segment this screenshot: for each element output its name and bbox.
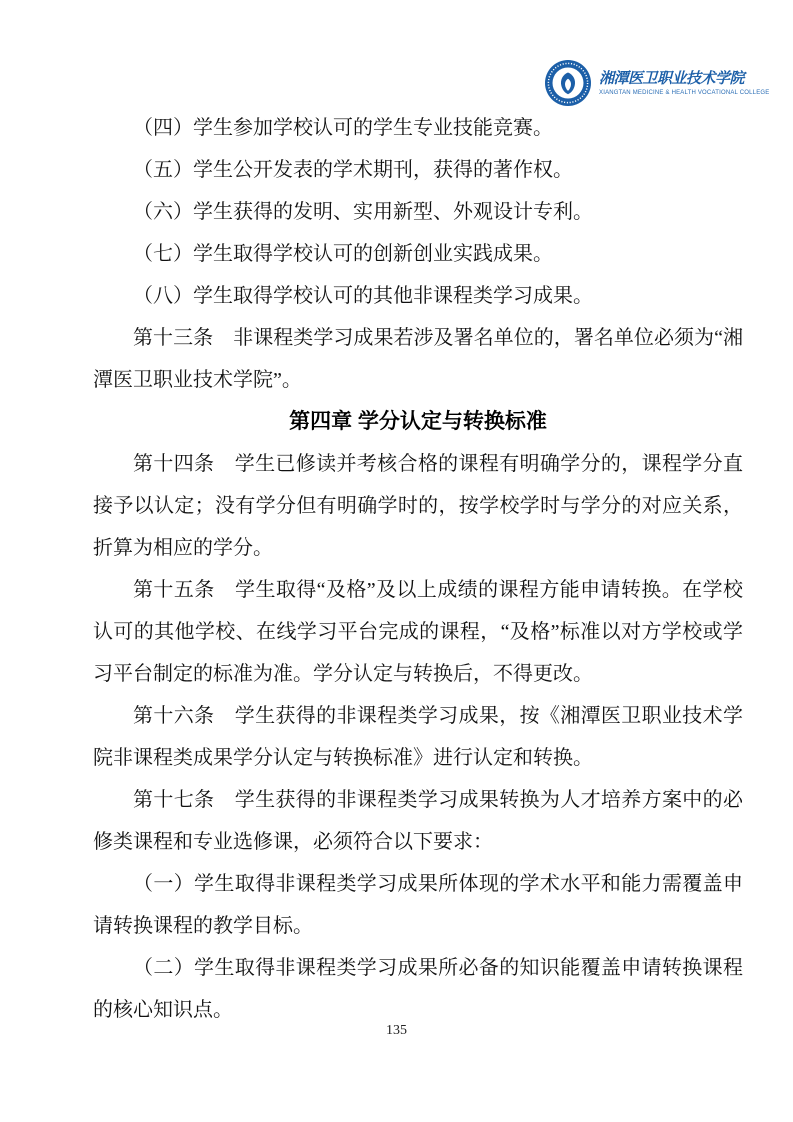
college-emblem-icon: [544, 59, 592, 107]
page-number: 135: [0, 1021, 793, 1041]
list-item-6: （六）学生获得的发明、实用新型、外观设计专利。: [93, 191, 743, 233]
list-item-8: （八）学生取得学校认可的其他非课程类学习成果。: [93, 275, 743, 317]
requirement-item-2: （二）学生取得非课程类学习成果所必备的知识能覆盖申请转换课程的核心知识点。: [93, 947, 743, 1031]
article-13: 第十三条 非课程类学习成果若涉及署名单位的，署名单位必须为“湘潭医卫职业技术学院…: [93, 317, 743, 401]
chapter-heading: 第四章 学分认定与转换标准: [93, 401, 743, 443]
article-17: 第十七条 学生获得的非课程类学习成果转换为人才培养方案中的必修类课程和专业选修课…: [93, 779, 743, 863]
article-16: 第十六条 学生获得的非课程类学习成果，按《湘潭医卫职业技术学院非课程类成果学分认…: [93, 695, 743, 779]
article-14: 第十四条 学生已修读并考核合格的课程有明确学分的，课程学分直接予以认定；没有学分…: [93, 443, 743, 569]
article-15: 第十五条 学生取得“及格”及以上成绩的课程方能申请转换。在学校认可的其他学校、在…: [93, 569, 743, 695]
document-body: （四）学生参加学校认可的学生专业技能竞赛。 （五）学生公开发表的学术期刊，获得的…: [93, 107, 743, 1031]
list-item-4: （四）学生参加学校认可的学生专业技能竞赛。: [93, 107, 743, 149]
list-item-7: （七）学生取得学校认可的创新创业实践成果。: [93, 233, 743, 275]
list-item-5: （五）学生公开发表的学术期刊，获得的著作权。: [93, 149, 743, 191]
document-page: 湘潭医卫职业技术学院 XIANGTAN MEDICINE & HEALTH VO…: [0, 0, 793, 1122]
college-logo: 湘潭医卫职业技术学院 XIANGTAN MEDICINE & HEALTH VO…: [544, 59, 769, 107]
college-name-zh: 湘潭医卫职业技术学院: [599, 69, 769, 89]
college-name-en: XIANGTAN MEDICINE & HEALTH VOCATIONAL CO…: [599, 89, 769, 97]
college-name-block: 湘潭医卫职业技术学院 XIANGTAN MEDICINE & HEALTH VO…: [599, 69, 769, 97]
requirement-item-1: （一）学生取得非课程类学习成果所体现的学术水平和能力需覆盖申请转换课程的教学目标…: [93, 863, 743, 947]
